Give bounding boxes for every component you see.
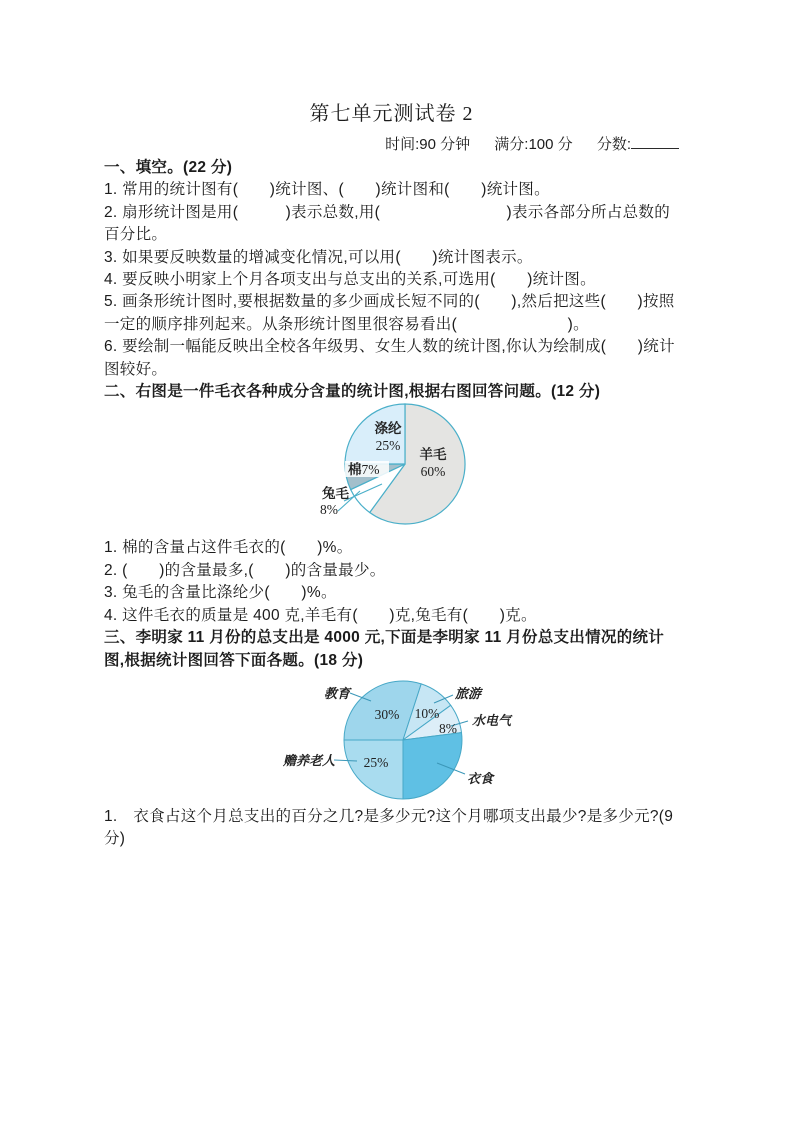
pie1-wool-label: 羊毛 [420, 446, 447, 462]
pie2-food-clothing-label: 衣食 [467, 771, 495, 786]
question-1-4: 4. 要反映小明家上个月各项支出与总支出的关系,可选用( )统计图。 [104, 269, 679, 291]
score-blank-line [631, 135, 679, 149]
section-1-heading: 一、填空。(22 分) [104, 157, 679, 179]
question-2-3: 3. 兔毛的含量比涤纶少( )%。 [104, 582, 679, 604]
question-2-1: 1. 棉的含量占这件毛衣的( )%。 [104, 537, 679, 559]
pie2-education-pct: 30% [375, 707, 400, 722]
pie2-utilities-pct: 8% [439, 721, 457, 736]
pie1-polyester-pct: 25% [376, 438, 401, 453]
paper-meta: 时间:90 分钟 满分:100 分 分数: [104, 134, 679, 155]
paper-content: 第七单元测试卷 2 时间:90 分钟 满分:100 分 分数: 一、填空。(22… [104, 97, 679, 851]
test-paper-page: 第七单元测试卷 2 时间:90 分钟 满分:100 分 分数: 一、填空。(22… [0, 0, 793, 1122]
section-2-heading: 二、右图是一件毛衣各种成分含量的统计图,根据右图回答问题。(12 分) [104, 381, 679, 403]
pie2-education-label: 教育 [324, 686, 352, 701]
pie1-wool-pct: 60% [421, 464, 446, 479]
time-label: 时间:90 分钟 [385, 136, 470, 153]
pie2-elder-support-pct: 25% [364, 755, 389, 770]
question-1-2: 2. 扇形统计图是用( )表示总数,用( )表示各部分所占总数的百分比。 [104, 202, 679, 247]
pie2-utilities-label: 水电气 [472, 713, 513, 728]
score-label: 分数: [597, 136, 631, 153]
question-2-4: 4. 这件毛衣的质量是 400 克,羊毛有( )克,兔毛有( )克。 [104, 605, 679, 627]
pie1-rabbit-label: 兔毛 [322, 485, 349, 501]
full-score-label: 满分:100 分 [494, 136, 572, 153]
pie1-rabbit-pct: 8% [320, 502, 338, 517]
pie2-travel-label: 旅游 [454, 686, 484, 701]
question-1-6: 6. 要绘制一幅能反映出全校各年级男、女生人数的统计图,你认为绘制成( )统计图… [104, 336, 679, 381]
sweater-composition-pie-chart: 涤纶 25% 羊毛 60% 棉7% 兔毛 8% [300, 403, 520, 537]
question-1-5: 5. 画条形统计图时,要根据数量的多少画成长短不同的( ),然后把这些( )按照… [104, 291, 679, 336]
pie2-travel-pct: 10% [415, 706, 440, 721]
page-title: 第七单元测试卷 2 [104, 97, 679, 126]
question-3-1: 1. 衣食占这个月总支出的百分之几?是多少元?这个月哪项支出最少?是多少元?(9… [104, 806, 679, 851]
question-1-1: 1. 常用的统计图有( )统计图、( )统计图和( )统计图。 [104, 179, 679, 201]
pie2-elder-support-label: 赡养老人 [282, 753, 335, 768]
pie2-slice-food-clothing [403, 733, 462, 799]
section-3-heading: 三、李明家 11 月份的总支出是 4000 元,下面是李明家 11 月份总支出情… [104, 627, 679, 672]
november-spending-pie-chart: 教育 旅游 水电气 赡养老人 衣食 30% 10% 8% 25% [280, 674, 520, 806]
question-1-3: 3. 如果要反映数量的增减变化情况,可以用( )统计图表示。 [104, 247, 679, 269]
pie1-polyester-label: 涤纶 [375, 420, 402, 436]
pie1-cotton-label: 棉7% [348, 461, 380, 477]
question-2-2: 2. ( )的含量最多,( )的含量最少。 [104, 560, 679, 582]
